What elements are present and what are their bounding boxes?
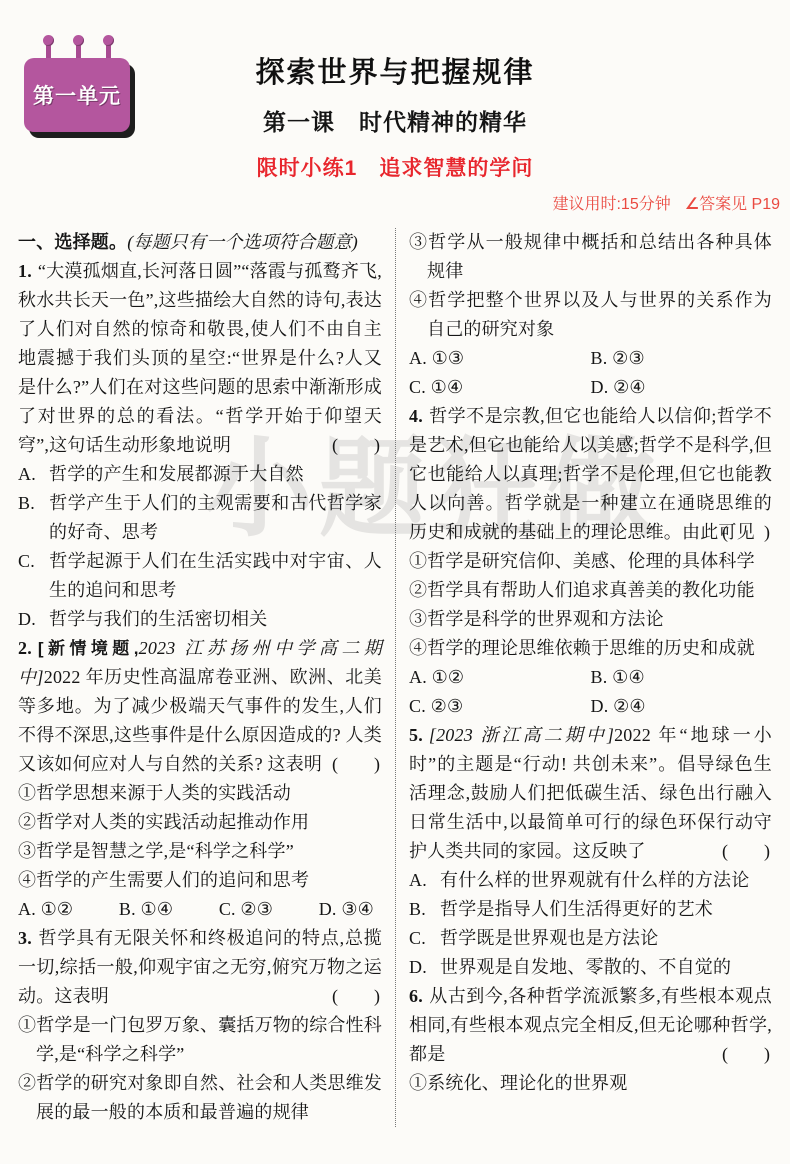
option: D.世界观是自发地、零散的、不自觉的 [409,953,772,982]
stem-text: 哲学具有无限关怀和终极追问的特点,总揽一切,综括一般,仰观宇宙之无穷,俯究万物之… [18,928,382,1006]
option-label: B. [409,895,440,924]
choice: D. ③④ [319,895,374,924]
answer-reference: 答案见 P19 [699,196,780,213]
numbered-item: ②哲学的研究对象即自然、社会和人类思维发展的最一般的本质和最普遍的规律 [18,1069,382,1127]
question-body: 一、选择题。(每题只有一个选项符合题意)1.“大漠孤烟直,长河落日圆”“落霞与孤… [18,228,772,1127]
numbered-item: ④哲学的产生需要人们的追问和思考 [18,866,382,895]
item-text: ②哲学的研究对象即自然、社会和人类思维发展的最一般的本质和最普遍的规律 [18,1073,382,1122]
option: A.有什么样的世界观就有什么样的方法论 [409,866,772,895]
numbered-item: ②哲学具有帮助人们追求真善美的教化功能 [409,576,772,605]
question-stem: 2.[新情境题,2023 江苏扬州中学高二期中]2022 年历史性高温席卷亚洲、… [18,634,382,779]
question-number: 6. [409,986,423,1006]
choice: D. ②④ [591,373,773,402]
stem-text: 2022 年“地球一小时”的主题是“行动! 共创未来”。倡导绿色生活理念,鼓励人… [409,725,772,861]
right-column: ③哲学从一般规律中概括和总结出各种具体规律④哲学把整个世界以及人与世界的关系作为… [395,228,772,1127]
item-text: ②哲学对人类的实践活动起推动作用 [18,812,309,832]
item-text: ③哲学是智慧之学,是“科学之科学” [18,841,294,861]
numbered-item: ①系统化、理论化的世界观 [409,1069,772,1098]
numbered-item: ④哲学把整个世界以及人与世界的关系作为自己的研究对象 [409,286,772,344]
option-text: 哲学是指导人们生活得更好的艺术 [440,899,713,919]
left-column: 一、选择题。(每题只有一个选项符合题意)1.“大漠孤烟直,长河落日圆”“落霞与孤… [18,228,395,1127]
question-stem: 4.哲学不是宗教,但它也能给人以信仰;哲学不是艺术,但它也能给人以美感;哲学不是… [409,402,772,547]
choice: A. ①② [18,895,73,924]
item-text: ④哲学把整个世界以及人与世界的关系作为自己的研究对象 [409,290,772,339]
question-number: 5. [409,725,423,745]
numbered-item: ④哲学的理论思维依赖于思维的历史和成就 [409,634,772,663]
answer-bracket: ( ) [722,1040,770,1069]
question-number: 2. [18,638,32,658]
question-stem: 5.[2023 浙江高二期中]2022 年“地球一小时”的主题是“行动! 共创未… [409,721,772,866]
answer-bracket: ( ) [722,837,770,866]
unit-badge-label: 第一单元 [33,80,121,110]
section-title: 一、选择题。 [18,232,127,252]
answer-bracket: ( ) [332,431,380,460]
choices-row: C. ①④D. ②④ [409,373,772,402]
item-text: ④哲学的产生需要人们的追问和思考 [18,870,309,890]
item-text: ①哲学是研究信仰、美感、伦理的具体科学 [409,551,755,571]
item-text: ①哲学是一门包罗万象、囊括万物的综合性科学,是“科学之科学” [18,1015,382,1064]
option-text: 世界观是自发地、零散的、不自觉的 [440,957,731,977]
choice: C. ②③ [219,895,273,924]
numbered-item: ②哲学对人类的实践活动起推动作用 [18,808,382,837]
answer-bracket: ( ) [332,750,380,779]
option-label: D. [409,953,440,982]
option-label: A. [409,866,440,895]
choice: B. ②③ [591,344,773,373]
exercise-meta: 建议用时:15分钟∠答案见 P19 [0,191,790,214]
numbered-item: ①哲学是研究信仰、美感、伦理的具体科学 [409,547,772,576]
question-number: 4. [409,406,423,426]
question-number: 3. [18,928,32,948]
item-text: ②哲学具有帮助人们追求真善美的教化功能 [409,580,755,600]
question-tag: [新情境题, [38,639,139,658]
answer-bracket: ( ) [722,518,770,547]
item-text: ①哲学思想来源于人类的实践活动 [18,783,291,803]
choice: C. ②③ [409,692,591,721]
option: D.哲学与我们的生活密切相关 [18,605,382,634]
question-stem: 3.哲学具有无限关怀和终极追问的特点,总揽一切,综括一般,仰观宇宙之无穷,俯究万… [18,924,382,1011]
option: A.哲学的产生和发展都源于大自然 [18,460,382,489]
question-stem: 6.从古到今,各种哲学流派繁多,有些根本观点相同,有些根本观点完全相反,但无论哪… [409,982,772,1069]
option-text: 哲学起源于人们在生活实践中对宇宙、人生的追问和思考 [49,551,382,600]
question-source: [2023 浙江高二期中] [429,725,614,745]
item-text: ④哲学的理论思维依赖于思维的历史和成就 [409,638,755,658]
option: C.哲学起源于人们在生活实践中对宇宙、人生的追问和思考 [18,547,382,605]
exercise-title: 限时小练1 追求智慧的学问 [0,152,790,182]
stem-text: 哲学不是宗教,但它也能给人以信仰;哲学不是艺术,但它也能给人以美感;哲学不是科学… [409,406,772,542]
choice: A. ①② [409,663,591,692]
option-label: D. [18,605,49,634]
choice: D. ②④ [591,692,773,721]
numbered-item: ③哲学是智慧之学,是“科学之科学” [18,837,382,866]
choice: A. ①③ [409,344,591,373]
option: B.哲学产生于人们的主观需要和古代哲学家的好奇、思考 [18,489,382,547]
option: C.哲学既是世界观也是方法论 [409,924,772,953]
worksheet-page: 第一单元 探索世界与把握规律 第一课 时代精神的精华 限时小练1 追求智慧的学问… [0,0,790,1164]
item-text: ③哲学是科学的世界观和方法论 [409,609,664,629]
option-text: 哲学与我们的生活密切相关 [49,609,267,629]
choice: B. ①④ [119,895,173,924]
option-label: B. [18,489,49,518]
question-stem: 1.“大漠孤烟直,长河落日圆”“落霞与孤鹜齐飞,秋水共长天一色”,这些描绘大自然… [18,257,382,460]
answer-bracket: ( ) [332,982,380,1011]
numbered-item: ③哲学是科学的世界观和方法论 [409,605,772,634]
section-note: (每题只有一个选项符合题意) [127,232,358,252]
stem-text: 从古到今,各种哲学流派繁多,有些根本观点相同,有些根本观点完全相反,但无论哪种哲… [409,986,772,1064]
numbered-item: ③哲学从一般规律中概括和总结出各种具体规律 [409,228,772,286]
answer-arrow-icon: ∠ [685,196,699,213]
item-text: ③哲学从一般规律中概括和总结出各种具体规律 [409,232,772,281]
option-label: C. [18,547,49,576]
numbered-item: ①哲学是一门包罗万象、囊括万物的综合性科学,是“科学之科学” [18,1011,382,1069]
numbered-item: ①哲学思想来源于人类的实践活动 [18,779,382,808]
option-text: 哲学产生于人们的主观需要和古代哲学家的好奇、思考 [49,493,382,542]
option-label: C. [409,924,440,953]
option: B.哲学是指导人们生活得更好的艺术 [409,895,772,924]
section-heading: 一、选择题。(每题只有一个选项符合题意) [18,228,382,257]
choices-row: A. ①③B. ②③ [409,344,772,373]
choice: B. ①④ [591,663,773,692]
choices-row: C. ②③D. ②④ [409,692,772,721]
choices-row: A. ①②B. ①④C. ②③D. ③④ [18,895,382,924]
stem-text: “大漠孤烟直,长河落日圆”“落霞与孤鹜齐飞,秋水共长天一色”,这些描绘大自然的诗… [18,261,382,455]
unit-badge: 第一单元 [24,38,154,148]
choices-row: A. ①②B. ①④ [409,663,772,692]
unit-badge-tab: 第一单元 [24,58,130,132]
option-text: 哲学既是世界观也是方法论 [440,928,658,948]
option-text: 有什么样的世界观就有什么样的方法论 [440,870,749,890]
choice: C. ①④ [409,373,591,402]
option-label: A. [18,460,49,489]
option-text: 哲学的产生和发展都源于大自然 [49,464,304,484]
stem-text: 2022 年历史性高温席卷亚洲、欧洲、北美等多地。为了减少极端天气事件的发生,人… [18,667,382,774]
item-text: ①系统化、理论化的世界观 [409,1073,627,1093]
suggested-time: 建议用时:15分钟 [552,196,670,213]
question-number: 1. [18,261,32,281]
